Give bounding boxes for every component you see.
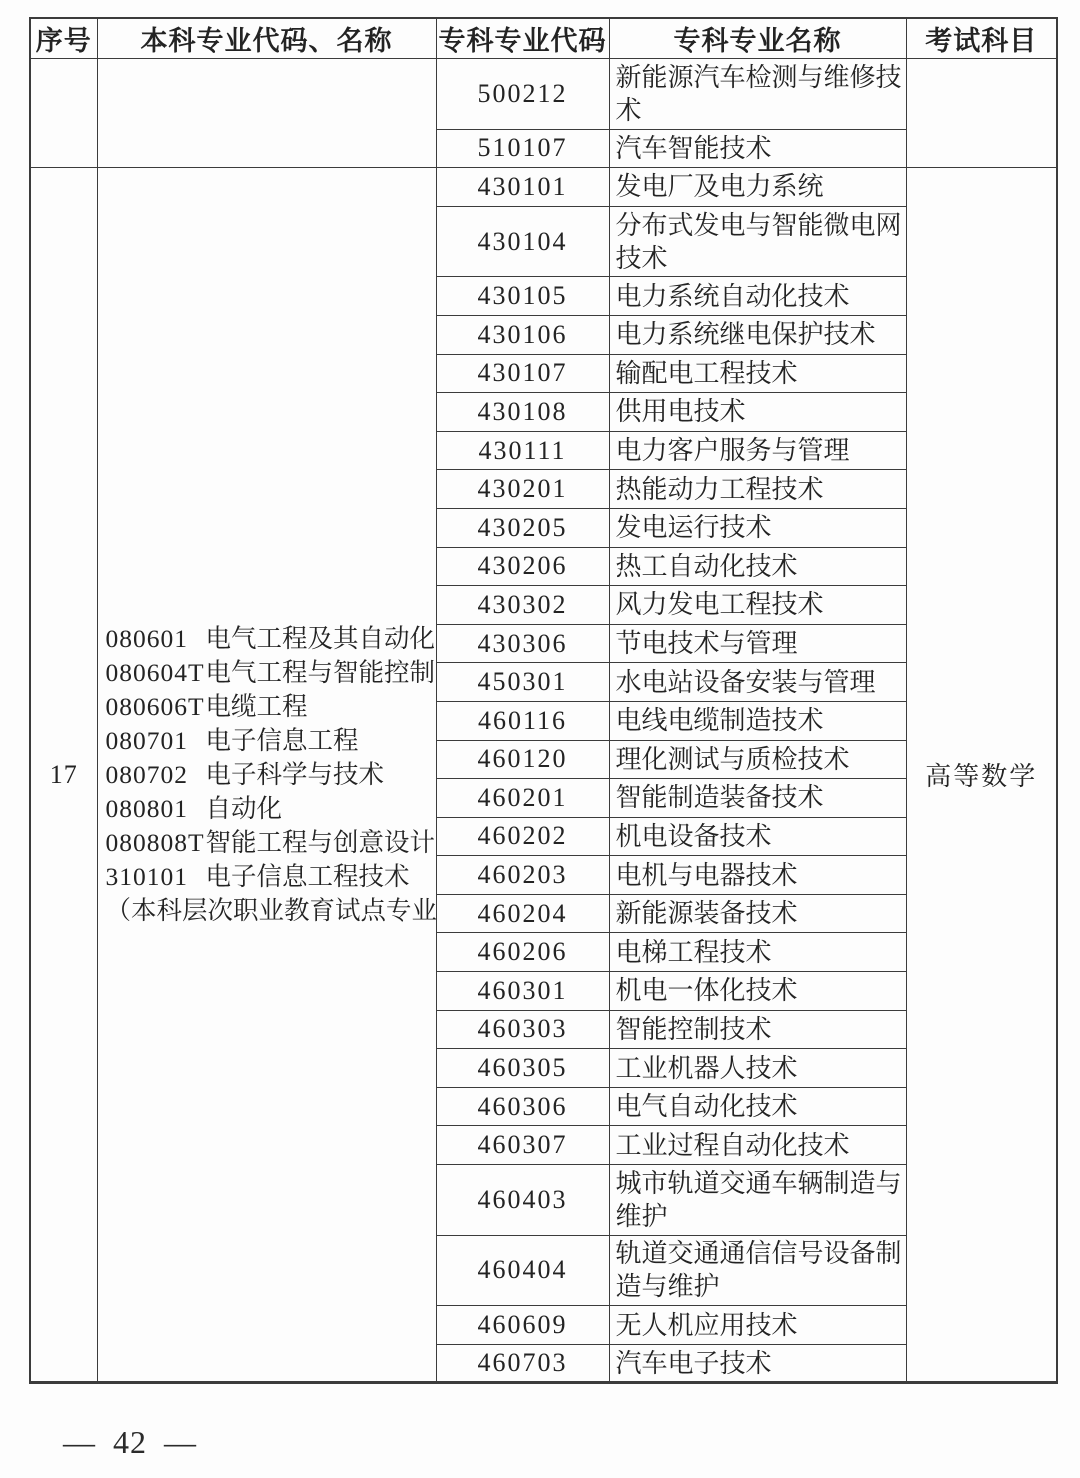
- undergrad-major-line: 080601电气工程及其自动化: [106, 622, 436, 656]
- majors-table: 序号 本科专业代码、名称 专科专业代码 专科专业名称 考试科目 500212新能…: [29, 17, 1058, 1384]
- undergrad-major-line: 080702电子科学与技术: [106, 758, 436, 792]
- junior-name-cell: 工业过程自动化技术: [609, 1126, 906, 1165]
- header-undergrad-code-name: 本科专业代码、名称: [97, 18, 436, 59]
- undergrad-major-code: 080702: [106, 758, 206, 792]
- junior-name-cell: 热工自动化技术: [609, 547, 906, 586]
- undergrad-major-name: 自动化: [206, 794, 283, 823]
- undergrad-major-name: （本科层次职业教育试点专业）: [106, 896, 437, 925]
- table-row: 17080601电气工程及其自动化080604T电气工程与智能控制080606T…: [30, 168, 1057, 207]
- junior-code-cell: 430108: [436, 393, 609, 432]
- exam-subject-cell: [906, 59, 1057, 168]
- undergrad-major-code: 310101: [106, 860, 206, 894]
- seq-cell: 17: [30, 168, 97, 1383]
- junior-name-cell: 汽车电子技术: [609, 1344, 906, 1383]
- undergrad-major-line: 080604T电气工程与智能控制: [106, 656, 436, 690]
- junior-code-cell: 500212: [436, 59, 609, 130]
- undergrad-majors-cell: 080601电气工程及其自动化080604T电气工程与智能控制080606T电缆…: [97, 168, 436, 1383]
- junior-code-cell: 460703: [436, 1344, 609, 1383]
- undergrad-major-line: 080606T电缆工程: [106, 690, 436, 724]
- junior-name-cell: 发电厂及电力系统: [609, 168, 906, 207]
- header-seq: 序号: [30, 18, 97, 59]
- header-junior-name: 专科专业名称: [609, 18, 906, 59]
- undergrad-major-name: 电子科学与技术: [206, 760, 385, 789]
- junior-name-cell: 供用电技术: [609, 393, 906, 432]
- undergrad-major-name: 智能工程与创意设计: [206, 828, 436, 857]
- junior-code-cell: 510107: [436, 129, 609, 168]
- page-number: — 42 —: [63, 1424, 197, 1461]
- junior-code-cell: 430104: [436, 206, 609, 277]
- junior-code-cell: 430107: [436, 354, 609, 393]
- junior-code-cell: 450301: [436, 663, 609, 702]
- undergrad-majors-cell: [97, 59, 436, 168]
- document-page: 序号 本科专业代码、名称 专科专业代码 专科专业名称 考试科目 500212新能…: [0, 0, 1080, 1478]
- undergrad-major-name: 电子信息工程: [206, 726, 359, 755]
- junior-name-cell: 新能源装备技术: [609, 894, 906, 933]
- undergrad-major-line: （本科层次职业教育试点专业）: [106, 894, 436, 928]
- junior-name-cell: 电机与电器技术: [609, 856, 906, 895]
- junior-code-cell: 430105: [436, 277, 609, 316]
- junior-name-cell: 节电技术与管理: [609, 624, 906, 663]
- junior-code-cell: 430306: [436, 624, 609, 663]
- junior-name-cell: 电力系统继电保护技术: [609, 315, 906, 354]
- undergrad-major-name: 电气工程及其自动化: [206, 624, 436, 653]
- table-row: 500212新能源汽车检测与维修技术: [30, 59, 1057, 130]
- undergrad-major-name: 电气工程与智能控制: [206, 658, 436, 687]
- junior-name-cell: 输配电工程技术: [609, 354, 906, 393]
- junior-name-cell: 理化测试与质检技术: [609, 740, 906, 779]
- junior-code-cell: 460203: [436, 856, 609, 895]
- junior-code-cell: 460202: [436, 817, 609, 856]
- undergrad-major-name: 电缆工程: [206, 692, 308, 721]
- junior-name-cell: 新能源汽车检测与维修技术: [609, 59, 906, 130]
- junior-code-cell: 430201: [436, 470, 609, 509]
- seq-cell: [30, 59, 97, 168]
- undergrad-major-line: 080808T智能工程与创意设计: [106, 826, 436, 860]
- junior-code-cell: 460201: [436, 779, 609, 818]
- junior-name-cell: 发电运行技术: [609, 508, 906, 547]
- junior-code-cell: 460403: [436, 1165, 609, 1236]
- junior-name-cell: 机电一体化技术: [609, 972, 906, 1011]
- junior-code-cell: 460303: [436, 1010, 609, 1049]
- junior-code-cell: 430206: [436, 547, 609, 586]
- junior-name-cell: 无人机应用技术: [609, 1306, 906, 1345]
- junior-name-cell: 电力客户服务与管理: [609, 431, 906, 470]
- undergrad-major-line: 310101电子信息工程技术: [106, 860, 436, 894]
- junior-name-cell: 电梯工程技术: [609, 933, 906, 972]
- junior-name-cell: 风力发电工程技术: [609, 586, 906, 625]
- junior-code-cell: 460301: [436, 972, 609, 1011]
- junior-name-cell: 分布式发电与智能微电网技术: [609, 206, 906, 277]
- junior-name-cell: 工业机器人技术: [609, 1049, 906, 1088]
- junior-code-cell: 460609: [436, 1306, 609, 1345]
- junior-name-cell: 智能控制技术: [609, 1010, 906, 1049]
- junior-name-cell: 城市轨道交通车辆制造与维护: [609, 1165, 906, 1236]
- junior-code-cell: 430101: [436, 168, 609, 207]
- junior-code-cell: 460305: [436, 1049, 609, 1088]
- junior-name-cell: 汽车智能技术: [609, 129, 906, 168]
- undergrad-major-code: 080606T: [106, 690, 206, 724]
- undergrad-major-line: 080701电子信息工程: [106, 724, 436, 758]
- undergrad-major-code: 080701: [106, 724, 206, 758]
- undergrad-major-line: 080801自动化: [106, 792, 436, 826]
- junior-name-cell: 电气自动化技术: [609, 1087, 906, 1126]
- junior-code-cell: 460306: [436, 1087, 609, 1126]
- undergrad-major-code: 080604T: [106, 656, 206, 690]
- junior-name-cell: 机电设备技术: [609, 817, 906, 856]
- header-exam-subject: 考试科目: [906, 18, 1057, 59]
- junior-code-cell: 430111: [436, 431, 609, 470]
- junior-code-cell: 460116: [436, 701, 609, 740]
- junior-name-cell: 轨道交通通信信号设备制造与维护: [609, 1235, 906, 1306]
- junior-name-cell: 水电站设备安装与管理: [609, 663, 906, 702]
- header-junior-code: 专科专业代码: [436, 18, 609, 59]
- junior-code-cell: 430302: [436, 586, 609, 625]
- junior-name-cell: 电线电缆制造技术: [609, 701, 906, 740]
- undergrad-major-code: 080601: [106, 622, 206, 656]
- header-row: 序号 本科专业代码、名称 专科专业代码 专科专业名称 考试科目: [30, 18, 1057, 59]
- junior-code-cell: 460206: [436, 933, 609, 972]
- exam-subject-cell: 高等数学: [906, 168, 1057, 1383]
- junior-name-cell: 电力系统自动化技术: [609, 277, 906, 316]
- undergrad-major-name: 电子信息工程技术: [206, 862, 410, 891]
- junior-code-cell: 460204: [436, 894, 609, 933]
- junior-code-cell: 460404: [436, 1235, 609, 1306]
- undergrad-major-code: 080808T: [106, 826, 206, 860]
- junior-code-cell: 430205: [436, 508, 609, 547]
- junior-code-cell: 430106: [436, 315, 609, 354]
- junior-name-cell: 热能动力工程技术: [609, 470, 906, 509]
- junior-name-cell: 智能制造装备技术: [609, 779, 906, 818]
- undergrad-major-code: 080801: [106, 792, 206, 826]
- junior-code-cell: 460120: [436, 740, 609, 779]
- junior-code-cell: 460307: [436, 1126, 609, 1165]
